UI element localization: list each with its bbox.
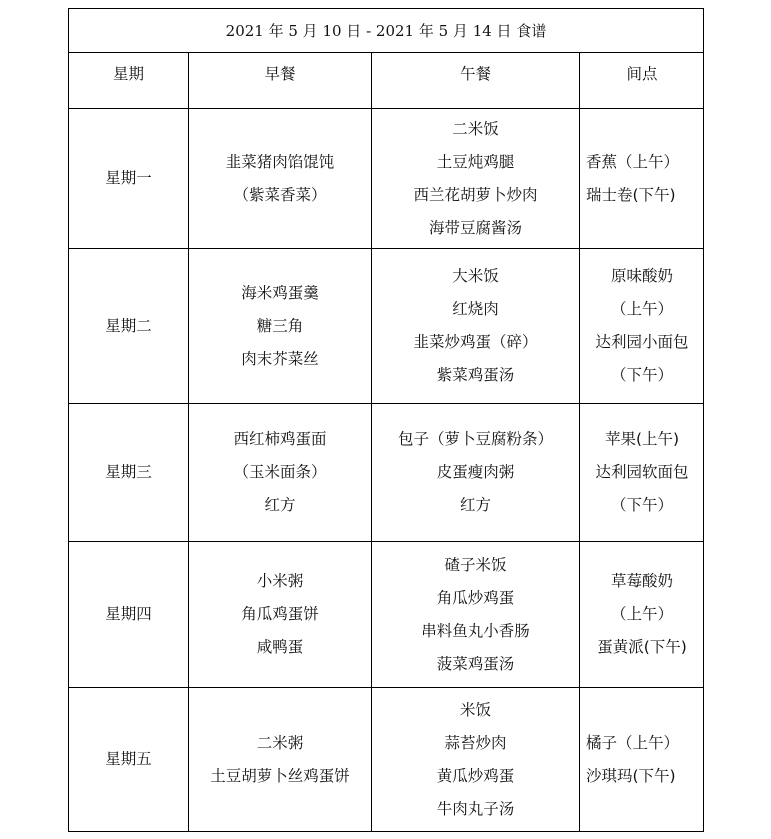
lunch-cell: 包子（萝卜豆腐粉条）皮蛋瘦肉粥红方 (372, 404, 580, 541)
day-cell: 星期二 (69, 249, 189, 403)
table-row: 星期五二米粥土豆胡萝卜丝鸡蛋饼米饭蒜苔炒肉黄瓜炒鸡蛋牛肉丸子汤橘子（上午）沙琪玛… (69, 688, 703, 831)
lunch-cell-line: 串料鱼丸小香肠 (421, 615, 530, 648)
snack-cell-line: 橘子（上午） (586, 727, 679, 760)
breakfast-cell-line: 西红柿鸡蛋面 (233, 423, 326, 456)
lunch-cell: 米饭蒜苔炒肉黄瓜炒鸡蛋牛肉丸子汤 (372, 688, 580, 831)
lunch-cell-line: 黄瓜炒鸡蛋 (437, 760, 515, 793)
snack-cell: 橘子（上午）沙琪玛(下午) (580, 688, 704, 831)
snack-cell-line: （上午） (611, 598, 673, 631)
lunch-cell-line: 牛肉丸子汤 (437, 793, 515, 826)
lunch-cell: 二米饭土豆炖鸡腿西兰花胡萝卜炒肉海带豆腐酱汤 (372, 109, 580, 248)
snack-cell-line: 瑞士卷(下午) (586, 179, 676, 212)
lunch-cell-line: 红烧肉 (452, 293, 499, 326)
header-breakfast: 早餐 (189, 53, 372, 108)
snack-cell-line: （下午） (611, 359, 673, 392)
table-row: 星期一韭菜猪肉馅馄饨（紫菜香菜）二米饭土豆炖鸡腿西兰花胡萝卜炒肉海带豆腐酱汤香蕉… (69, 109, 703, 249)
breakfast-cell-line: 角瓜鸡蛋饼 (241, 598, 319, 631)
menu-table: 2021 年 5 月 10 日 - 2021 年 5 月 14 日 食谱 星期 … (68, 8, 704, 832)
breakfast-cell: 二米粥土豆胡萝卜丝鸡蛋饼 (189, 688, 372, 831)
breakfast-cell-line: 咸鸭蛋 (257, 631, 304, 664)
lunch-cell-line: 土豆炖鸡腿 (437, 146, 515, 179)
day-cell: 星期五 (69, 688, 189, 831)
breakfast-cell-line: 红方 (264, 489, 295, 522)
breakfast-cell: 西红柿鸡蛋面（玉米面条）红方 (189, 404, 372, 541)
breakfast-cell-line: 小米粥 (257, 565, 304, 598)
breakfast-cell: 韭菜猪肉馅馄饨（紫菜香菜） (189, 109, 372, 248)
breakfast-cell-line: （紫菜香菜） (233, 179, 326, 212)
lunch-cell: 碴子米饭角瓜炒鸡蛋串料鱼丸小香肠菠菜鸡蛋汤 (372, 542, 580, 687)
lunch-cell-line: 米饭 (460, 694, 491, 727)
breakfast-cell-line: （玉米面条） (233, 456, 326, 489)
table-row: 星期二海米鸡蛋羹糖三角肉末芥菜丝大米饭红烧肉韭菜炒鸡蛋（碎）紫菜鸡蛋汤原味酸奶（… (69, 249, 703, 404)
breakfast-cell-line: 肉末芥菜丝 (241, 343, 319, 376)
snack-cell: 香蕉（上午）瑞士卷(下午) (580, 109, 704, 248)
table-row: 星期三西红柿鸡蛋面（玉米面条）红方包子（萝卜豆腐粉条）皮蛋瘦肉粥红方苹果(上午)… (69, 404, 703, 542)
breakfast-cell-line: 韭菜猪肉馅馄饨 (226, 146, 335, 179)
table-title: 2021 年 5 月 10 日 - 2021 年 5 月 14 日 食谱 (69, 9, 703, 52)
snack-cell-line: 苹果(上午) (605, 423, 679, 456)
snack-cell-line: 香蕉（上午） (586, 146, 679, 179)
breakfast-cell-line: 糖三角 (257, 310, 304, 343)
day-cell: 星期三 (69, 404, 189, 541)
snack-cell-line: 原味酸奶 (611, 260, 673, 293)
table-row: 星期四小米粥角瓜鸡蛋饼咸鸭蛋碴子米饭角瓜炒鸡蛋串料鱼丸小香肠菠菜鸡蛋汤草莓酸奶（… (69, 542, 703, 688)
lunch-cell-line: 红方 (460, 489, 491, 522)
snack-cell-line: （下午） (611, 489, 673, 522)
lunch-cell-line: 角瓜炒鸡蛋 (437, 582, 515, 615)
snack-cell-line: 达利园小面包 (595, 326, 688, 359)
lunch-cell-line: 菠菜鸡蛋汤 (437, 648, 515, 681)
breakfast-cell-line: 海米鸡蛋羹 (241, 277, 319, 310)
snack-cell-line: （上午） (611, 293, 673, 326)
lunch-cell: 大米饭红烧肉韭菜炒鸡蛋（碎）紫菜鸡蛋汤 (372, 249, 580, 403)
header-day: 星期 (69, 53, 189, 108)
lunch-cell-line: 紫菜鸡蛋汤 (437, 359, 515, 392)
lunch-cell-line: 皮蛋瘦肉粥 (437, 456, 515, 489)
snack-cell-line: 沙琪玛(下午) (586, 760, 676, 793)
breakfast-cell-line: 土豆胡萝卜丝鸡蛋饼 (210, 760, 350, 793)
breakfast-cell: 小米粥角瓜鸡蛋饼咸鸭蛋 (189, 542, 372, 687)
breakfast-cell: 海米鸡蛋羹糖三角肉末芥菜丝 (189, 249, 372, 403)
header-snack: 间点 (580, 53, 704, 108)
snack-cell: 苹果(上午)达利园软面包（下午） (580, 404, 704, 541)
title-row: 2021 年 5 月 10 日 - 2021 年 5 月 14 日 食谱 (69, 9, 703, 53)
header-lunch: 午餐 (372, 53, 580, 108)
header-row: 星期 早餐 午餐 间点 (69, 53, 703, 109)
lunch-cell-line: 碴子米饭 (444, 549, 506, 582)
breakfast-cell-line: 二米粥 (257, 727, 304, 760)
lunch-cell-line: 二米饭 (452, 113, 499, 146)
lunch-cell-line: 包子（萝卜豆腐粉条） (398, 423, 553, 456)
lunch-cell-line: 大米饭 (452, 260, 499, 293)
lunch-cell-line: 韭菜炒鸡蛋（碎） (413, 326, 537, 359)
snack-cell-line: 草莓酸奶 (611, 565, 673, 598)
snack-cell: 草莓酸奶（上午）蛋黄派(下午) (580, 542, 704, 687)
lunch-cell-line: 西兰花胡萝卜炒肉 (413, 179, 537, 212)
day-cell: 星期四 (69, 542, 189, 687)
snack-cell-line: 达利园软面包 (595, 456, 688, 489)
day-cell: 星期一 (69, 109, 189, 248)
snack-cell: 原味酸奶（上午）达利园小面包（下午） (580, 249, 704, 403)
lunch-cell-line: 蒜苔炒肉 (444, 727, 506, 760)
snack-cell-line: 蛋黄派(下午) (597, 631, 687, 664)
lunch-cell-line: 海带豆腐酱汤 (429, 212, 522, 245)
